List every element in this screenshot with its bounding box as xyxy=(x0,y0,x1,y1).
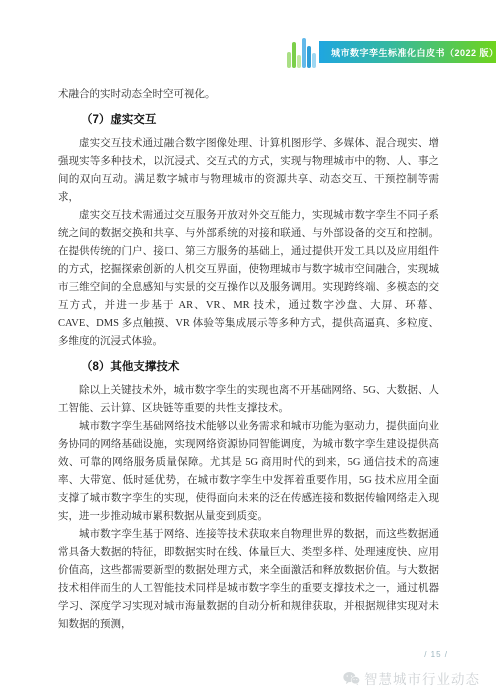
logo-bar xyxy=(312,53,316,68)
section-8-paragraph: 城市数字孪生基于网络、连接等技术获取来自物理世界的数据，而这些数据通常具备大数据… xyxy=(58,526,439,634)
footer-watermark-text: 智慧城市行业动态 xyxy=(364,668,480,688)
section-8-paragraph: 除以上关键技术外，城市数字孪生的实现也离不开基础网络、5G、大数据、人工智能、云… xyxy=(58,382,439,418)
document-body: 术融合的实时动态全时空可视化。 （7）虚实交互 虚实交互技术通过融合数字图像处理… xyxy=(58,86,439,634)
header-banner: 城市数字孪生标准化白皮书（2022 版） xyxy=(319,41,496,63)
section-7-paragraph: 虚实交互技术通过融合数字图像处理、计算机图形学、多媒体、混合现实、增强现实等多种… xyxy=(58,135,439,207)
section-8-paragraph: 城市数字孪生基础网络技术能够以业务需求和城市功能为驱动力，提供面向业务协同的网络… xyxy=(58,418,439,526)
document-page: 城市数字孪生标准化白皮书（2022 版） 术融合的实时动态全时空可视化。 （7）… xyxy=(0,0,496,700)
banner-title: 城市数字孪生标准化白皮书（2022 版） xyxy=(319,46,496,59)
section-8-heading: （8）其他支撑技术 xyxy=(58,358,439,376)
section-7-paragraph: 虚实交互技术需通过交互服务开放对外交互能力，实现城市数字孪生不同子系统之间的数据… xyxy=(58,207,439,351)
section-7-heading: （7）虚实交互 xyxy=(58,111,439,129)
page-number: / 15 / xyxy=(424,650,448,659)
wechat-icon xyxy=(343,671,360,686)
city-buildings-logo-icon xyxy=(287,34,319,68)
page-header: 城市数字孪生标准化白皮书（2022 版） xyxy=(0,36,496,70)
logo-bar xyxy=(287,52,291,68)
logo-bar xyxy=(307,46,311,68)
logo-bar xyxy=(297,55,301,68)
continuation-line: 术融合的实时动态全时空可视化。 xyxy=(58,86,439,104)
logo-bar xyxy=(302,38,306,68)
logo-bar xyxy=(292,42,296,68)
footer-watermark: 智慧城市行业动态 xyxy=(343,668,480,688)
